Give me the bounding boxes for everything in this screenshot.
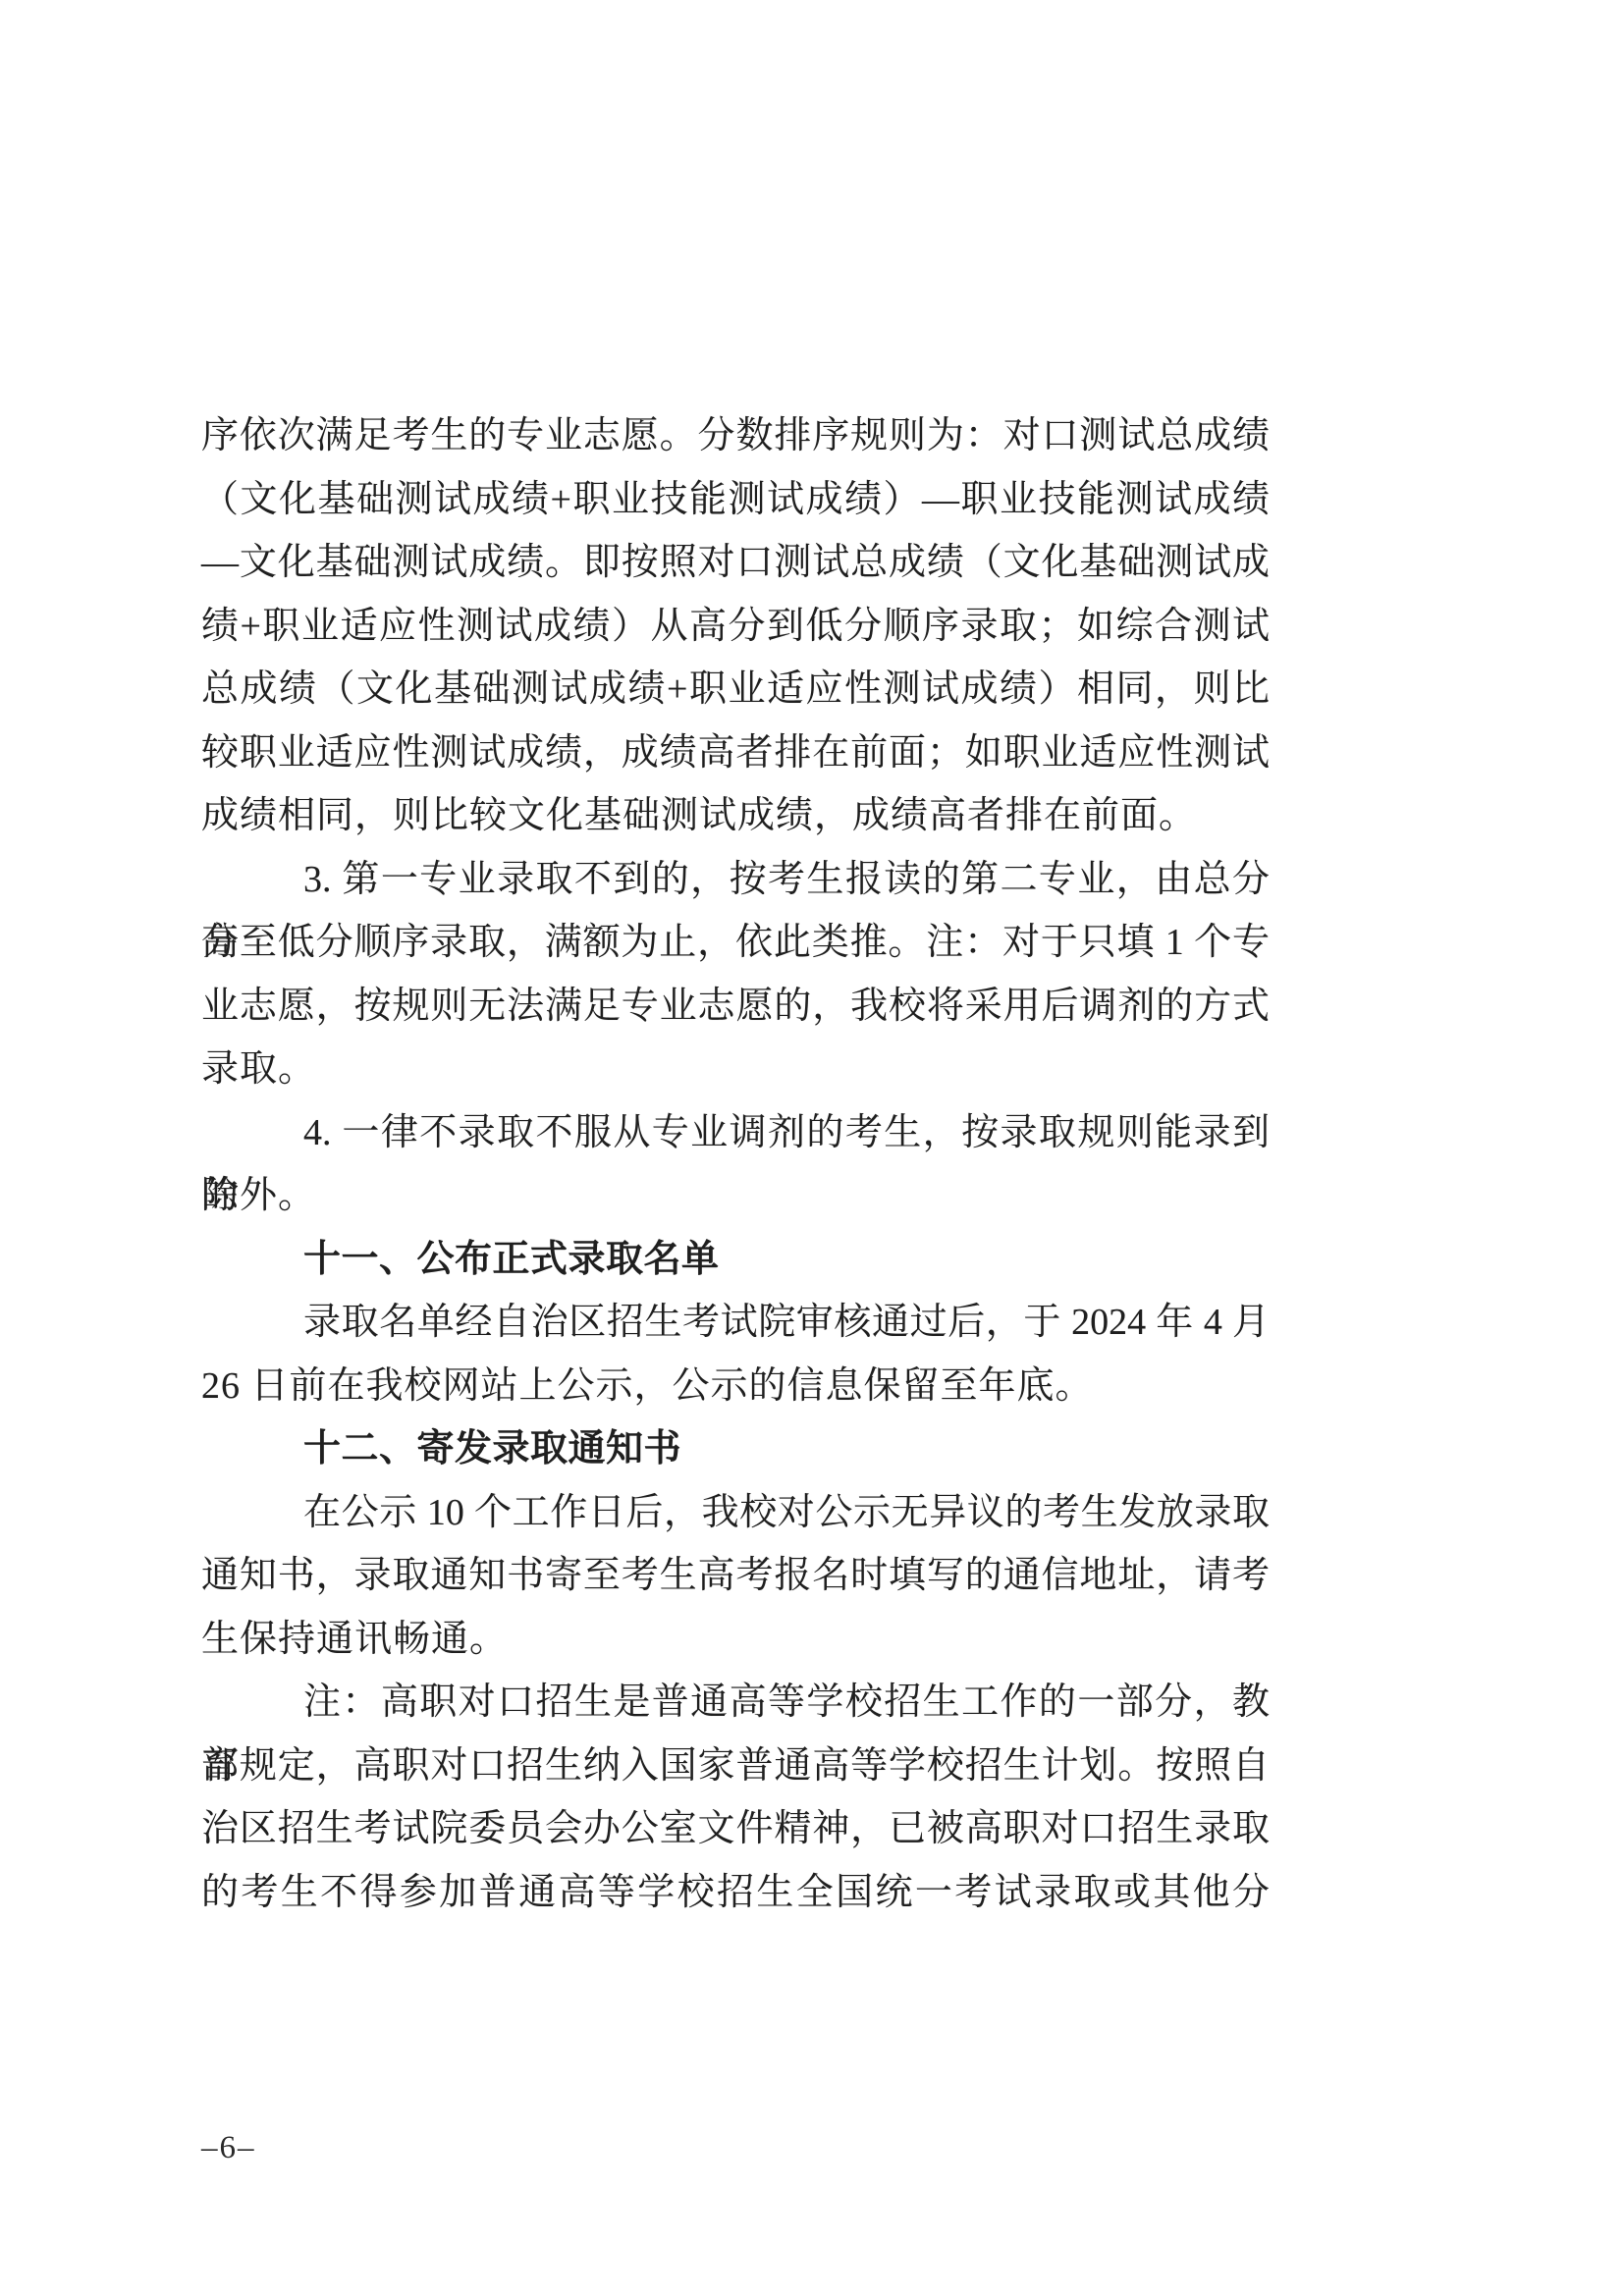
text-line: 26 日前在我校网站上公示，公示的信息保留至年底。 — [201, 1355, 1270, 1418]
text-line: 的考生不得参加普通高等学校招生全国统一考试录取或其他分 — [201, 1861, 1270, 1925]
text-line: 较职业适应性测试成绩，成绩高者排在前面；如职业适应性测试 — [201, 721, 1270, 785]
text-line: 业志愿，按规则无法满足专业志愿的，我校将采用后调剂的方式 — [201, 975, 1270, 1039]
text-line: 成绩相同，则比较文化基础测试成绩，成绩高者排在前面。 — [201, 784, 1270, 848]
text-line: 分至低分顺序录取，满额为止，依此类推。注：对于只填 1 个专 — [201, 911, 1270, 975]
text-line: —文化基础测试成绩。即按照对口测试总成绩（文化基础测试成 — [201, 531, 1270, 595]
text-line: 注：高职对口招生是普通高等学校招生工作的一部分，教育 — [201, 1671, 1270, 1735]
section-heading: 十一、公布正式录取名单 — [201, 1228, 1270, 1292]
text-line: 除外。 — [201, 1164, 1270, 1228]
document-body: 序依次满足考生的专业志愿。分数排序规则为：对口测试总成绩 （文化基础测试成绩+职… — [201, 404, 1270, 1924]
section-heading: 十二、寄发录取通知书 — [201, 1417, 1270, 1481]
text-line: 生保持通讯畅通。 — [201, 1608, 1270, 1672]
text-line: 治区招生考试院委员会办公室文件精神，已被高职对口招生录取 — [201, 1797, 1270, 1861]
document-page: 序依次满足考生的专业志愿。分数排序规则为：对口测试总成绩 （文化基础测试成绩+职… — [0, 0, 1624, 2296]
text-line: 部规定，高职对口招生纳入国家普通高等学校招生计划。按照自 — [201, 1735, 1270, 1798]
text-line: 通知书，录取通知书寄至考生高考报名时填写的通信地址，请考 — [201, 1544, 1270, 1608]
text-line: 录取。 — [201, 1038, 1270, 1101]
text-line: （文化基础测试成绩+职业技能测试成绩）—职业技能测试成绩 — [201, 468, 1270, 532]
text-line: 4. 一律不录取不服从专业调剂的考生，按录取规则能录到的 — [201, 1101, 1270, 1165]
text-line: 序依次满足考生的专业志愿。分数排序规则为：对口测试总成绩 — [201, 404, 1270, 468]
text-line: 总成绩（文化基础测试成绩+职业适应性测试成绩）相同，则比 — [201, 658, 1270, 721]
page-number: –6– — [201, 2128, 256, 2167]
text-line: 在公示 10 个工作日后，我校对公示无异议的考生发放录取 — [201, 1481, 1270, 1545]
text-line: 录取名单经自治区招生考试院审核通过后，于 2024 年 4 月 — [201, 1291, 1270, 1355]
text-line: 3. 第一专业录取不到的，按考生报读的第二专业，由总分高 — [201, 848, 1270, 912]
text-line: 绩+职业适应性测试成绩）从高分到低分顺序录取；如综合测试 — [201, 595, 1270, 659]
